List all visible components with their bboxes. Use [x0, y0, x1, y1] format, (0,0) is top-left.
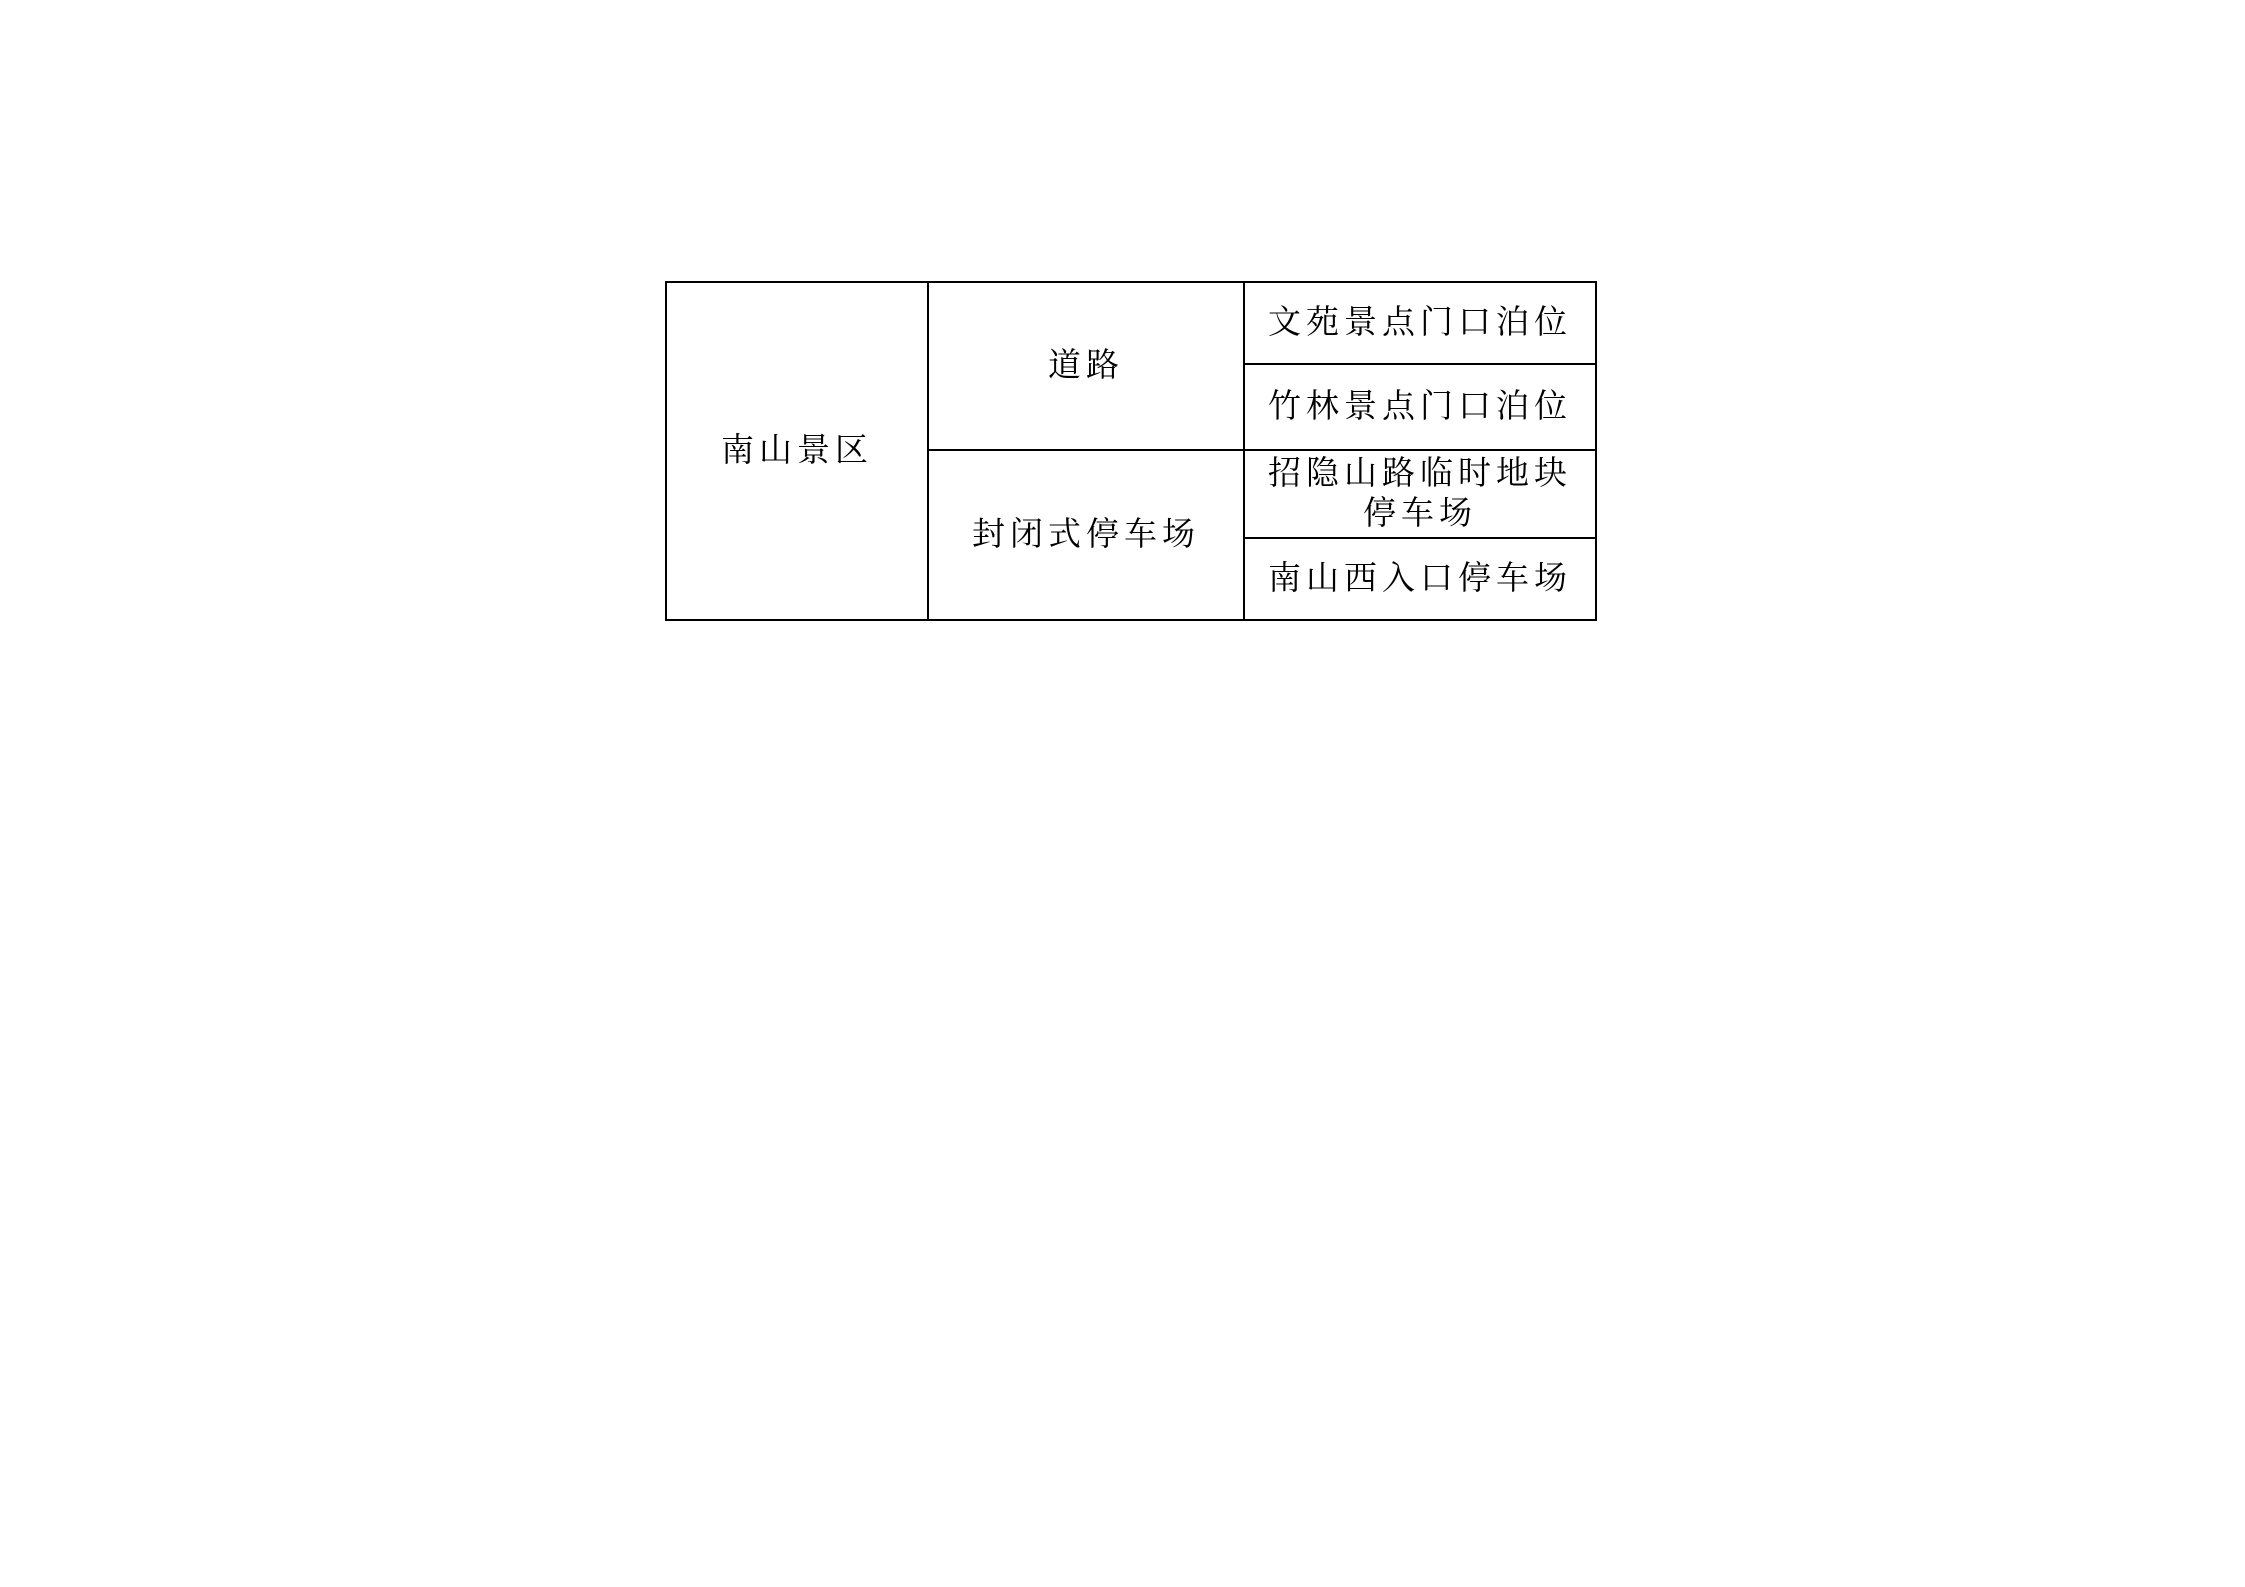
cell-spot-zhaoyinshan-text: 招隐山路临时地块停车场: [1264, 454, 1576, 534]
parking-table: 南山景区 道路 文苑景点门口泊位 竹林景点门口泊位 封闭式停车场 招隐山路临时地…: [665, 281, 1597, 621]
cell-scenic-area: 南山景区: [666, 282, 928, 620]
document-page: 南山景区 道路 文苑景点门口泊位 竹林景点门口泊位 封闭式停车场 招隐山路临时地…: [0, 0, 2245, 1587]
cell-category-enclosed-parking: 封闭式停车场: [928, 450, 1244, 620]
cell-category-road: 道路: [928, 282, 1244, 450]
cell-spot-zhulin: 竹林景点门口泊位: [1244, 364, 1596, 450]
cell-spot-zhaoyinshan: 招隐山路临时地块停车场: [1244, 450, 1596, 538]
cell-spot-wenyuan: 文苑景点门口泊位: [1244, 282, 1596, 364]
cell-spot-nanshan-west-entrance: 南山西入口停车场: [1244, 538, 1596, 620]
table-row: 南山景区 道路 文苑景点门口泊位: [666, 282, 1596, 364]
